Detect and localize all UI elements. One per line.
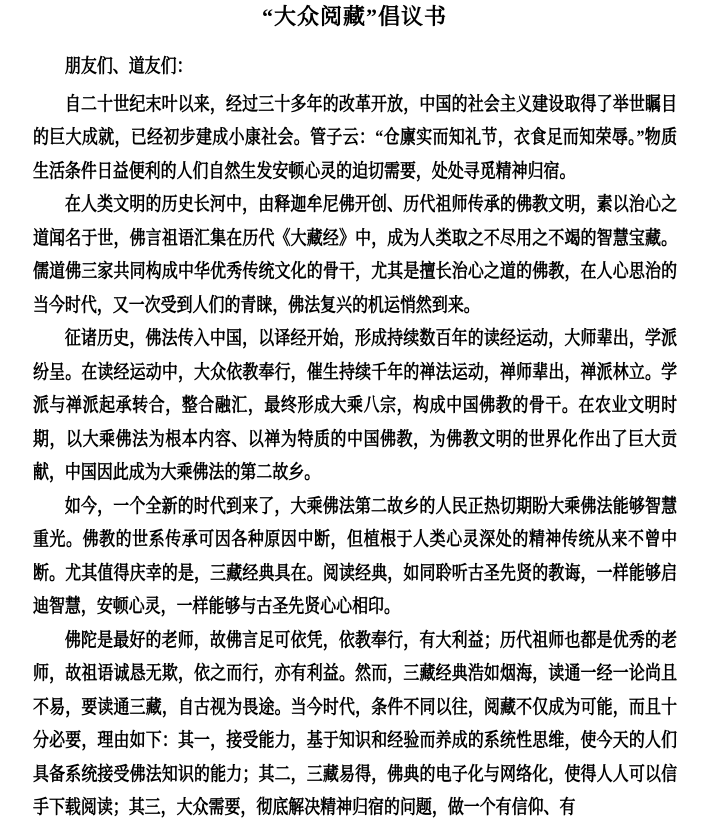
paragraph: 佛陀是最好的老师，故佛言足可依凭，依教奉行，有大利益；历代祖师也都是优秀的老师，… xyxy=(33,624,677,825)
paragraph: 在人类文明的历史长河中，由释迦牟尼佛开创、历代祖师传承的佛教文明，素以治心之道闻… xyxy=(33,188,677,322)
paragraph: 自二十世纪末叶以来，经过三十多年的改革开放，中国的社会主义建设取得了举世瞩目的巨… xyxy=(33,88,677,189)
paragraph: 如今，一个全新的时代到来了，大乘佛法第二故乡的人民正热切期盼大乘佛法能够智慧重光… xyxy=(33,490,677,624)
document-body: 朋友们、道友们： 自二十世纪末叶以来，经过三十多年的改革开放，中国的社会主义建设… xyxy=(33,50,677,825)
salutation-line: 朋友们、道友们： xyxy=(33,50,677,84)
document-page: “大众阅藏”倡议书 朋友们、道友们： 自二十世纪末叶以来，经过三十多年的改革开放… xyxy=(0,0,709,832)
paragraph: 征诸历史，佛法传入中国，以译经开始，形成持续数百年的读经运动，大师辈出，学派纷呈… xyxy=(33,322,677,490)
document-title: “大众阅藏”倡议书 xyxy=(0,1,709,33)
